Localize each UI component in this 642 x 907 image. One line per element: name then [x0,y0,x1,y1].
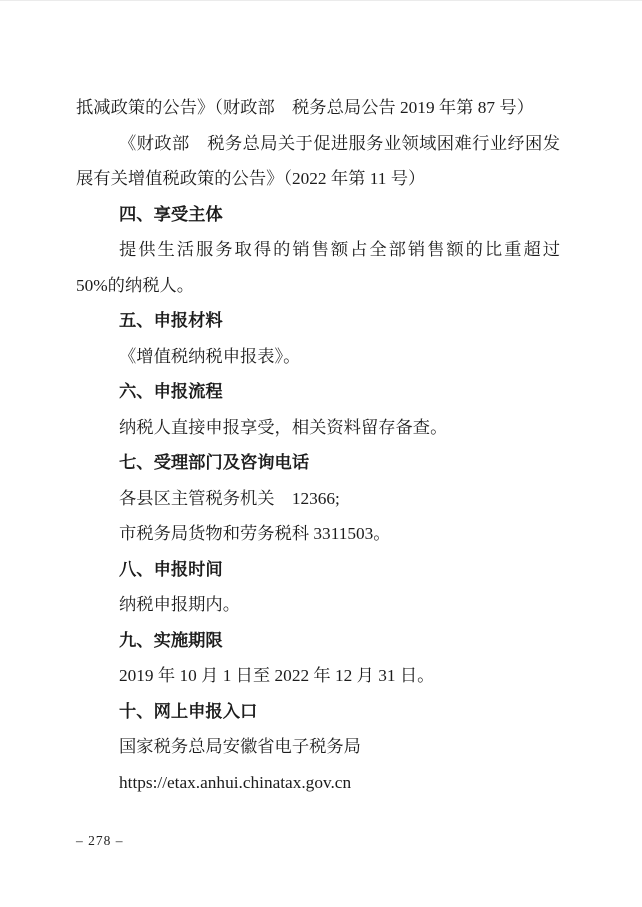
paragraph-section-4-body: 提供生活服务取得的销售额占全部销售额的比重超过50%的纳税人。 [76,232,560,303]
paragraph-section-7-county-tax-authority: 各县区主管税务机关 12366; [76,481,560,517]
paragraph-policy-2022: 《财政部 税务总局关于促进服务业领域困难行业纾困发展有关增值税政策的公告》（20… [76,126,560,197]
paragraph-section-7-city-tax-bureau: 市税务局货物和劳务税科 3311503。 [76,516,560,552]
heading-section-9-implementation-period: 九、实施期限 [76,623,560,659]
document-page: 抵减政策的公告》（财政部 税务总局公告 2019 年第 87 号） 《财政部 税… [0,0,642,907]
paragraph-section-10-portal-name: 国家税务总局安徽省电子税务局 [76,729,560,765]
paragraph-section-9-body: 2019 年 10 月 1 日至 2022 年 12 月 31 日。 [76,658,560,694]
heading-section-7-department-and-phone: 七、受理部门及咨询电话 [76,445,560,481]
paragraph-section-10-portal-url: https://etax.anhui.chinatax.gov.cn [76,765,560,801]
page-footer: – 278 – [76,832,124,850]
paragraph-section-8-body: 纳税申报期内。 [76,587,560,623]
heading-section-8-filing-time: 八、申报时间 [76,552,560,588]
document-content: 抵减政策的公告》（财政部 税务总局公告 2019 年第 87 号） 《财政部 税… [76,90,560,800]
heading-section-6-filing-process: 六、申报流程 [76,374,560,410]
section-4-body-text: 提供生活服务取得的销售额占全部销售额的比重超过 [119,240,560,259]
heading-section-5-filing-materials: 五、申报材料 [76,303,560,339]
page-number: – 278 – [76,833,124,848]
paragraph-policy-2019-continuation: 抵减政策的公告》（财政部 税务总局公告 2019 年第 87 号） [76,90,560,126]
heading-section-4-eligible-entities: 四、享受主体 [76,197,560,233]
paragraph-section-5-body: 《增值税纳税申报表》。 [76,339,560,375]
heading-section-10-online-filing-portal: 十、网上申报入口 [76,694,560,730]
section-4-body-tail-text: 50%的纳税人。 [76,276,194,295]
paragraph-section-6-body: 纳税人直接申报享受，相关资料留存备查。 [76,410,560,446]
